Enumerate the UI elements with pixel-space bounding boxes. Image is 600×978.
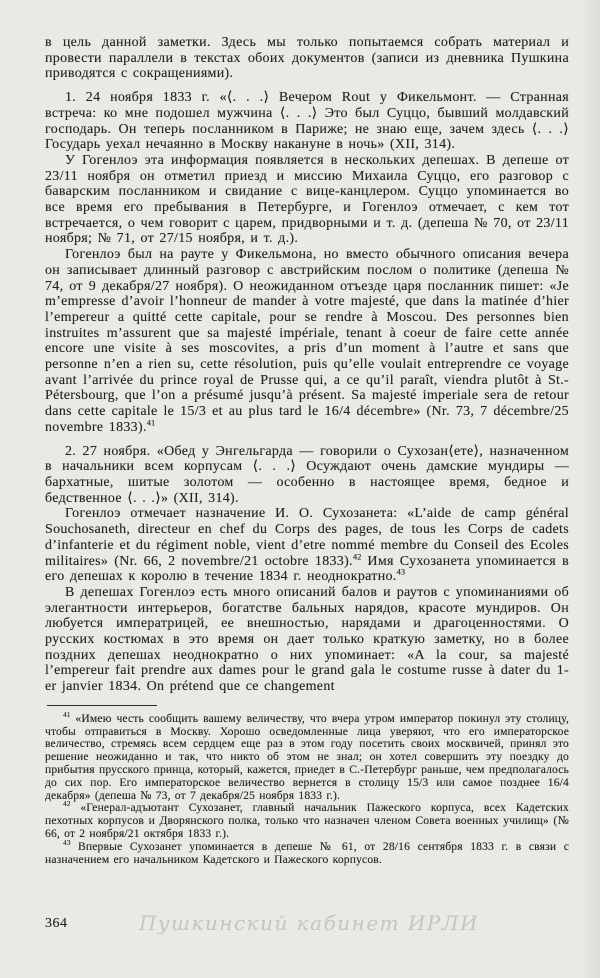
paragraph-entry-2-27-november: 2. 27 ноября. «Обед у Энгельгарда — гово… [45,444,569,507]
paragraph-raout-french-quote: Гогенлоэ был на рауте у Фикельмона, но в… [45,247,569,435]
footnote-ref: 41 [63,710,71,719]
footnote-ref: 43 [397,567,406,577]
paragraph-entry-1-24-november: 1. 24 ноября 1833 г. «⟨. . .⟩ Вечером Ro… [45,90,569,153]
footnote-ref: 43 [63,838,71,847]
paragraph-intro-continuation: в цель данной заметки. Здесь мы только п… [45,35,569,82]
library-watermark: Пушкинский кабинет ИРЛИ [0,911,600,935]
footnote-43: 43 Впервые Сухозанет упоминается в депеш… [45,841,569,867]
text-column: в цель данной заметки. Здесь мы только п… [45,35,569,866]
footnote-ref: 42 [63,800,71,809]
footnotes-block: 41 «Имею честь сообщить вашему величеств… [45,713,569,867]
paragraph-balls-and-costumes: В депешах Гогенлоэ есть много описаний б… [45,585,569,695]
footnote-separator [47,705,157,706]
paragraph-sukhozanet-appointment: Гогенлоэ отмечает назначение И. О. Сухоз… [45,506,569,585]
footnote-ref: 41 [147,417,156,427]
footnote-41: 41 «Имею честь сообщить вашему величеств… [45,713,569,803]
footnote-ref: 42 [353,551,362,561]
scanned-book-page: в цель данной заметки. Здесь мы только п… [0,0,600,978]
footnote-42: 42 «Генерал-адъютант Сухозанет, главный … [45,802,569,840]
paragraph-hohenlohe-dispatches: У Гогенлоэ эта информация появляется в н… [45,153,569,247]
body-text: в цель данной заметки. Здесь мы только п… [45,35,569,695]
